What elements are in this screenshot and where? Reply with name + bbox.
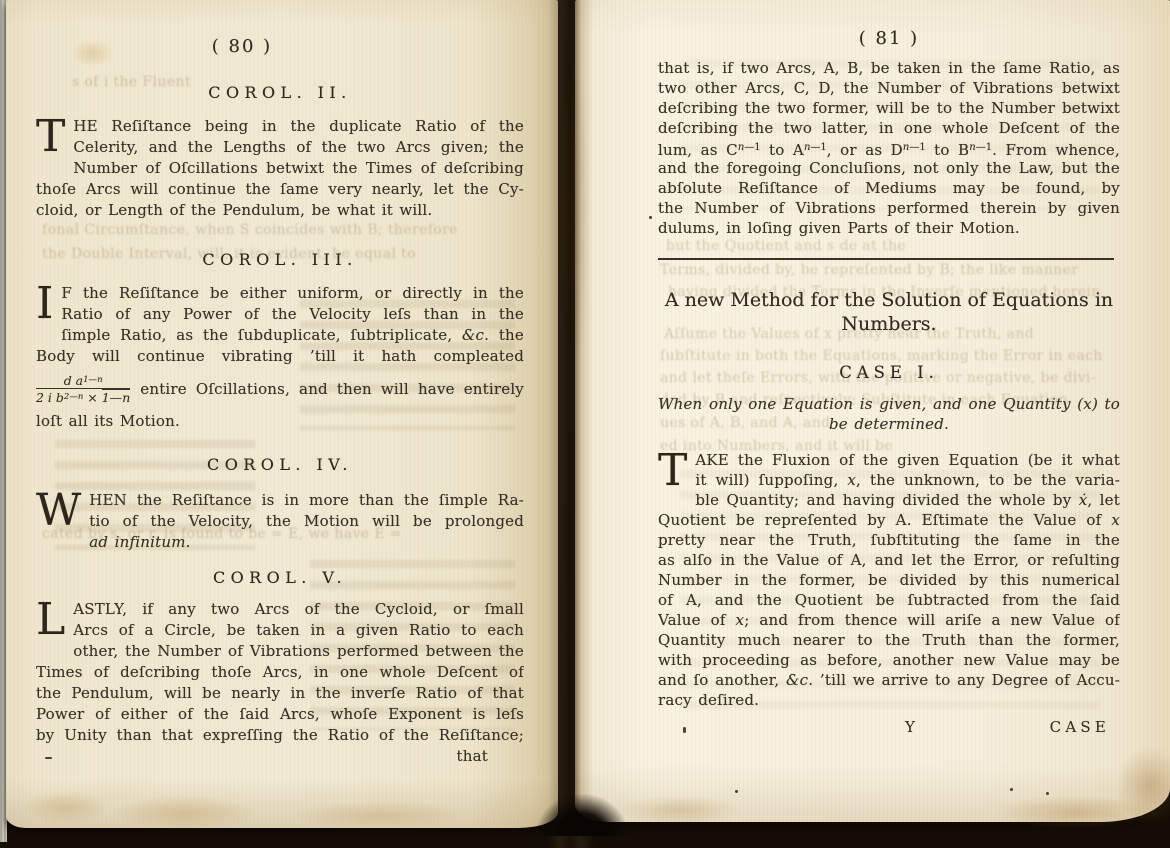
text-line: Arcs of a Circle, be taken in a given Ra… [73, 620, 524, 641]
text-line: the Pendulum, will be nearly in the inve… [36, 683, 524, 704]
text-line: ad infinitum. [89, 532, 524, 553]
drop-cap: T [658, 452, 687, 493]
text-line: Number of Oſcillations betwixt the Times… [73, 158, 524, 179]
text-line: with proceeding as before, another new V… [658, 650, 1120, 670]
section-heading-case-1: CASE I. [658, 362, 1120, 384]
text-line: ASTLY, if any two Arcs of the Cycloid, o… [73, 599, 524, 620]
text-line: AKE the Fluxion of the given Equation (b… [695, 450, 1120, 470]
fraction-numerator: d a1—n [36, 374, 130, 388]
signature-line: Y CASE [658, 718, 1120, 738]
fraction-formula: d a1—n 2 i b2—n × 1—n [36, 374, 130, 404]
section-heading-corol-4: COROL. IV. [36, 454, 524, 476]
text-line: Number in the former, be divided by this… [658, 570, 1120, 590]
text-line: Quantity much nearer to the Truth than t… [658, 630, 1120, 650]
text-line: HEN the Reſiſtance is in more than the ſ… [89, 490, 524, 511]
text-line: HE Reſiſtance being in the duplicate Rat… [73, 116, 524, 137]
catchword: that [36, 746, 524, 767]
text-line: Ratio of any Power of the Velocity leſs … [61, 304, 524, 325]
paragraph-corol-4: W HEN the Reſiſtance is in more than the… [36, 490, 524, 553]
text-line: thoſe Arcs will continue the ſame very n… [36, 179, 524, 200]
text-line: deſcribing the two former, will be to th… [658, 98, 1120, 118]
text-line: abſolute Reſiſtance of Mediums may be fo… [658, 178, 1120, 198]
text-line: two other Arcs, C, D, the Number of Vibr… [658, 78, 1120, 98]
book-photo: s of i the Fluent fonal Circumſtance, wh… [0, 0, 1170, 848]
paragraph-take: T AKE the Fluxion of the given Equation … [658, 450, 1120, 710]
paragraph-corol-3: I F the Reſiſtance be either uniform, or… [36, 283, 524, 432]
section-heading-corol-5: COROL. V. [36, 567, 524, 589]
case-subtitle: be determined. [658, 414, 1120, 434]
text-line: Quotient be repreſented by A. Eſtimate t… [658, 510, 1120, 530]
text-line: Times of deſcribing thoſe Arcs, in one w… [36, 662, 524, 683]
text-line: it will) ſuppoſing, x, the unknown, to b… [695, 470, 1120, 490]
text-line: lum, as Cn—1 to An—1, or as Dn—1 to Bn—1… [658, 138, 1120, 158]
section-heading-corol-2: COROL. II. [36, 82, 524, 104]
text-line: loſt all its Motion. [36, 411, 524, 432]
text-line: Power of either of the ſaid Arcs, whoſe … [36, 704, 524, 725]
text-line: as alſo in the Value of A, and let the E… [658, 550, 1120, 570]
text-line: tio of the Velocity, the Motion will be … [89, 511, 524, 532]
page-number-left: ( 80 ) [0, 36, 486, 58]
paragraph-corol-2: T HE Reſiſtance being in the duplicate R… [36, 116, 524, 221]
text-line: deſcribing the two latter, in one whole … [658, 118, 1120, 138]
page-number-right: ( 81 ) [658, 28, 1120, 50]
paragraph-continuation: that is, if two Arcs, A, B, be taken in … [658, 58, 1120, 238]
section-divider [658, 258, 1114, 260]
text-line: ſimple Ratio, as the ſubduplicate, ſubtr… [61, 325, 524, 346]
text-line: that is, if two Arcs, A, B, be taken in … [658, 58, 1120, 78]
text-line: Celerity, and the Lengths of the two Arc… [73, 137, 524, 158]
left-page-text-block: ( 80 ) COROL. II. T HE Reſiſtance being … [36, 30, 524, 767]
text-line: F the Reſiſtance be either uniform, or d… [61, 283, 524, 304]
method-heading: A new Method for the Solution of Equatio… [658, 288, 1120, 312]
drop-cap: T [36, 118, 65, 159]
fraction-denominator: 2 i b2—n × 1—n [36, 388, 130, 404]
text-line: Body will continue vibrating ’till it ha… [36, 346, 524, 367]
drop-cap: I [36, 285, 53, 326]
text-line: ble Quantity; and having divided the who… [695, 490, 1120, 510]
text-line: cloid, or Length of the Pendulum, be wha… [36, 200, 524, 221]
text-line: by Unity than that expreſſing the Ratio … [36, 725, 524, 746]
catchword: CASE [1050, 718, 1110, 736]
formula-line: d a1—n 2 i b2—n × 1—n entire Oſcillation… [36, 367, 524, 411]
case-subtitle: When only one Equation is given, and one… [658, 394, 1120, 414]
section-heading-corol-3: COROL. III. [36, 249, 524, 271]
text-line: dulums, in loſing given Parts of their M… [658, 218, 1120, 238]
text-line: and the foregoing Concluſions, not only … [658, 158, 1120, 178]
text-line: pretty near the Truth, ſubſtituting the … [658, 530, 1120, 550]
text-line: of A, and the Quotient be ſubtracted fro… [658, 590, 1120, 610]
signature-mark: Y [905, 718, 915, 736]
text-line: other, the Number of Vibrations performe… [73, 641, 524, 662]
method-heading: Numbers. [658, 312, 1120, 336]
right-page-text-block: ( 81 ) that is, if two Arcs, A, B, be ta… [658, 26, 1120, 738]
text-line: and ſo another, &c. ’till we arrive to a… [658, 670, 1120, 690]
text-line: racy deſired. [658, 690, 1120, 710]
paragraph-corol-5: L ASTLY, if any two Arcs of the Cycloid,… [36, 599, 524, 746]
drop-cap: L [36, 601, 65, 642]
text-line: Value of x; and from thence will ariſe a… [658, 610, 1120, 630]
text-line: entire Oſcillations, and then will have … [140, 379, 524, 400]
drop-cap: W [36, 492, 81, 533]
text-line: the Number of Vibrations performed there… [658, 198, 1120, 218]
